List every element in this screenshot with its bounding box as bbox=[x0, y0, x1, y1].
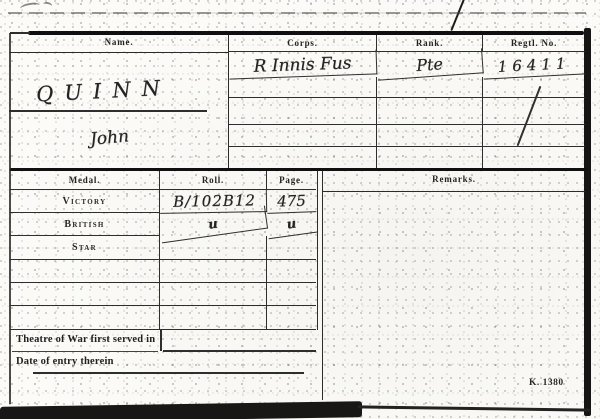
medal-cell bbox=[10, 306, 160, 330]
remarks-section: Remarks. bbox=[322, 171, 585, 400]
regtl-no-value-handwritten: 16411 bbox=[482, 49, 585, 79]
medal-name-star: Star bbox=[10, 236, 160, 260]
name-divider-rule bbox=[9, 110, 207, 112]
card-header-rule-left bbox=[10, 32, 30, 34]
remarks-header: Remarks. bbox=[323, 171, 585, 192]
medal-cell bbox=[160, 283, 267, 306]
card-bottom-shadow bbox=[0, 401, 362, 419]
card-bottom-border bbox=[358, 405, 590, 411]
rank-value-handwritten: Pte bbox=[376, 48, 483, 80]
page-header: Page. bbox=[267, 171, 316, 190]
service-section: Corps. Rank. Regtl. No. R Innis Fus Pte … bbox=[228, 35, 588, 168]
medal-cell bbox=[267, 306, 316, 330]
medal-name-british: British bbox=[10, 213, 160, 236]
pencil-scribble bbox=[42, 1, 52, 9]
service-cell bbox=[483, 125, 585, 147]
form-number: K. 1380 bbox=[529, 378, 564, 388]
service-cell bbox=[483, 98, 585, 125]
medal-cell bbox=[10, 260, 160, 283]
medal-cell bbox=[10, 283, 160, 306]
theatre-label-line bbox=[12, 351, 158, 352]
pen-stroke bbox=[450, 0, 466, 31]
service-cell bbox=[229, 98, 377, 125]
forename-handwritten: John bbox=[89, 126, 130, 149]
name-header: Name. bbox=[10, 35, 228, 53]
pencil-scribble bbox=[19, 1, 40, 12]
service-cell bbox=[229, 77, 377, 98]
scanned-medal-index-card: Name. QUINN John Corps. Rank. Regtl. No.… bbox=[0, 0, 600, 419]
surname-handwritten: QUINN bbox=[35, 75, 171, 106]
medal-cell bbox=[267, 260, 316, 283]
service-cell bbox=[377, 147, 483, 168]
service-cell bbox=[483, 147, 585, 168]
date-value-line bbox=[33, 372, 304, 374]
medal-cell bbox=[267, 236, 316, 260]
service-cell bbox=[229, 125, 377, 147]
card-top-edge bbox=[8, 12, 586, 14]
medal-cell bbox=[267, 283, 316, 306]
service-cell bbox=[377, 125, 483, 147]
roll-header: Roll. bbox=[160, 171, 267, 190]
medal-table: Medal. Roll. Page. Victory B/102B12 475 … bbox=[10, 171, 318, 330]
name-section: Name. QUINN John bbox=[10, 35, 228, 168]
service-cell bbox=[229, 147, 377, 168]
ditto-mark: u bbox=[266, 210, 318, 240]
medal-name-victory: Victory bbox=[10, 190, 160, 213]
medal-cell bbox=[160, 306, 267, 330]
theatre-divider-rule bbox=[160, 330, 162, 351]
date-of-entry-label: Date of entry therein bbox=[16, 356, 114, 367]
medal-cell bbox=[160, 260, 267, 283]
medal-header: Medal. bbox=[10, 171, 160, 190]
theatre-value-line bbox=[163, 350, 316, 352]
service-cell bbox=[377, 98, 483, 125]
service-cell bbox=[377, 77, 483, 98]
theatre-of-war-label: Theatre of War first served in bbox=[16, 334, 155, 345]
service-cell bbox=[483, 77, 585, 98]
corps-value-handwritten: R Innis Fus bbox=[229, 49, 378, 79]
